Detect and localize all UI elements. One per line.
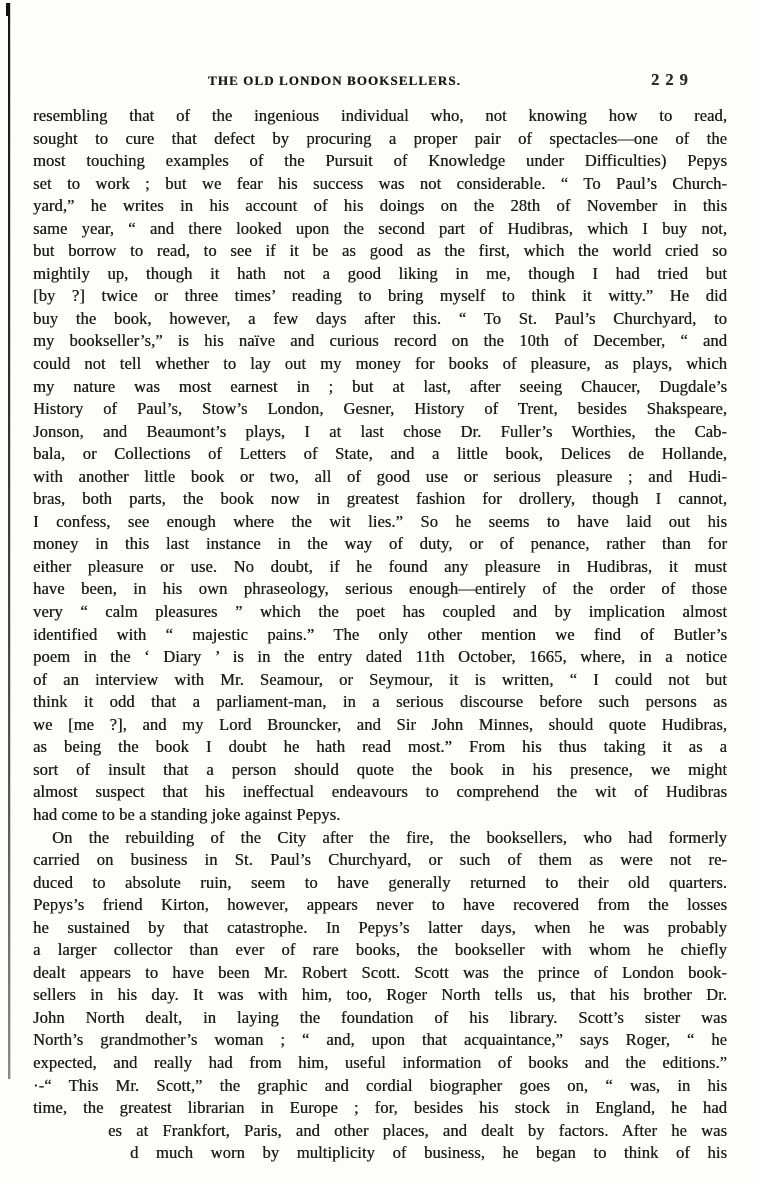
text-line: with another little book or two, all of … <box>33 466 727 489</box>
text-line: poem in the ‘ Diary ’ is in the entry da… <box>33 646 727 669</box>
text-line: mightily up, though it hath not a good l… <box>33 263 727 286</box>
text-line: think it odd that a parliament-man, in a… <box>33 691 727 714</box>
text-line: same year, “ and there looked upon the s… <box>33 218 727 241</box>
text-line: expected, and really had from him, usefu… <box>33 1052 727 1075</box>
text-line: either pleasure or use. No doubt, if he … <box>33 556 727 579</box>
text-line: very “ calm pleasures ” which the poet h… <box>33 601 727 624</box>
text-line: had come to be a standing joke against P… <box>33 804 727 827</box>
text-line: money in this last instance in the way o… <box>33 533 727 556</box>
text-line: North’s grandmother’s woman ; “ and, upo… <box>33 1029 727 1052</box>
text-line: set to work ; but we fear his success wa… <box>33 173 727 196</box>
text-line: time, the greatest librarian in Europe ;… <box>33 1097 727 1120</box>
text-line: sort of insult that a person should quot… <box>33 759 727 782</box>
text-line: have been, in his own phraseology, serio… <box>33 578 727 601</box>
text-line: carried on business in St. Paul’s Church… <box>33 849 727 872</box>
text-line: bala, or Collections of Letters of State… <box>33 443 727 466</box>
text-line: could not tell whether to lay out my mon… <box>33 353 727 376</box>
text-line: On the rebuilding of the City after the … <box>33 827 727 850</box>
text-line: ·-“ This Mr. Scott,” the graphic and cor… <box>33 1075 727 1098</box>
text-line: as being the book I doubt he hath read m… <box>33 736 727 759</box>
page-number: 229 <box>651 70 694 90</box>
text-line: he sustained by that catastrophe. In Pep… <box>33 917 727 940</box>
text-line: almost suspect that his ineffectual ende… <box>33 781 727 804</box>
text-line: d much worn by multiplicity of business,… <box>33 1142 727 1165</box>
text-line: identified with “ majestic pains.” The o… <box>33 624 727 647</box>
body-text: resembling that of the ingenious individ… <box>33 105 727 1165</box>
text-line: dealt appears to have been Mr. Robert Sc… <box>33 962 727 985</box>
text-line: John North dealt, in laying the foundati… <box>33 1007 727 1030</box>
running-title: THE OLD LONDON BOOKSELLERS. <box>208 73 461 89</box>
text-line: resembling that of the ingenious individ… <box>33 105 727 128</box>
text-line: I confess, see enough where the wit lies… <box>33 511 727 534</box>
text-line: of an interview with Mr. Seamour, or Sey… <box>33 669 727 692</box>
text-line: duced to absolute ruin, seem to have gen… <box>33 872 727 895</box>
text-line: we [me ?], and my Lord Brouncker, and Si… <box>33 714 727 737</box>
text-line: my nature was most earnest in ; but at l… <box>33 376 727 399</box>
text-line: Jonson, and Beaumont’s plays, I at last … <box>33 421 727 444</box>
text-line: History of Paul’s, Stow’s London, Gesner… <box>33 398 727 421</box>
text-line: es at Frankfort, Paris, and other places… <box>33 1120 727 1143</box>
text-line: buy the book, however, a few days after … <box>33 308 727 331</box>
text-line: Pepys’s friend Kirton, however, appears … <box>33 894 727 917</box>
text-line: a larger collector than ever of rare boo… <box>33 939 727 962</box>
book-page: THE OLD LONDON BOOKSELLERS. 229 resembli… <box>0 0 761 1185</box>
text-line: sought to cure that defect by procuring … <box>33 128 727 151</box>
scan-edge-artifact <box>8 3 10 1079</box>
text-line: but borrow to read, to see if it be as g… <box>33 240 727 263</box>
text-line: yard,” he writes in his account of his d… <box>33 195 727 218</box>
text-line: most touching examples of the Pursuit of… <box>33 150 727 173</box>
text-line: sellers in his day. It was with him, too… <box>33 984 727 1007</box>
text-line: my bookseller’s,” is his naïve and curio… <box>33 330 727 353</box>
text-line: bras, both parts, the book now in greate… <box>33 488 727 511</box>
text-line: [by ?] twice or three times’ reading to … <box>33 285 727 308</box>
